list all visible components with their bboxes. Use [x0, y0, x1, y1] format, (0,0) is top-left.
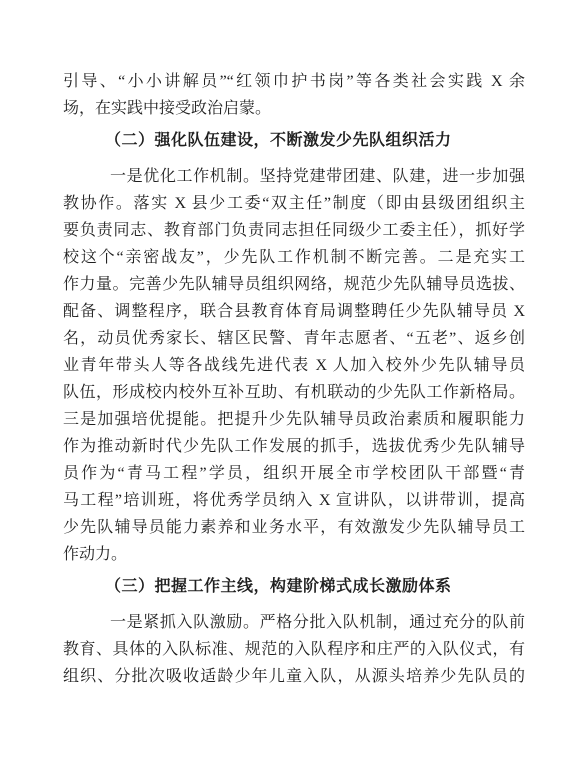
section-heading: （三）把握工作主线，构建阶梯式成长激励体系 [63, 573, 525, 600]
text-line: 作力量。完善少先队辅导员组织网络，规范少先队辅导员选拔、 [63, 271, 525, 298]
text-line: 场，在实践中接受政治启蒙。 [63, 95, 525, 122]
text-line: 少先队辅导员能力素养和业务水平，有效激发少先队辅导员工 [63, 514, 525, 541]
text-line: 作为推动新时代少先队工作发展的抓手，选拔优秀少先队辅导 [63, 433, 525, 460]
text-line: 引导、“小小讲解员”“红领巾护书岗”等各类社会实践 X 余 [63, 68, 525, 95]
text-line: 三是加强培优提能。把提升少先队辅导员政治素质和履职能力 [63, 406, 525, 433]
text-line: 配备、调整程序，联合县教育体育局调整聘任少先队辅导员 X [63, 298, 525, 325]
text-line: 队伍，形成校内校外互补互助、有机联动的少先队工作新格局。 [63, 379, 525, 406]
text-line: 业青年带头人等各战线先进代表 X 人加入校外少先队辅导员 [63, 352, 525, 379]
text-line: 一是优化工作机制。坚持党建带团建、队建，进一步加强团 [63, 163, 525, 190]
text-line: 校这个“亲密战友”，少先队工作机制不断完善。二是充实工 [63, 244, 525, 271]
text-line: 组织、分批次吸收适龄少年儿童入队，从源头培养少先队员的 [63, 663, 525, 690]
text-line: 名，动员优秀家长、辖区民警、青年志愿者、“五老”、返乡创 [63, 325, 525, 352]
text-line: 员作为“青马工程”学员，组织开展全市学校团队干部暨“青 [63, 460, 525, 487]
text-line: 作动力。 [63, 541, 525, 568]
document-body: 引导、“小小讲解员”“红领巾护书岗”等各类社会实践 X 余场，在实践中接受政治启… [63, 68, 525, 690]
document-page: 引导、“小小讲解员”“红领巾护书岗”等各类社会实践 X 余场，在实践中接受政治启… [0, 0, 586, 759]
section-heading: （二）强化队伍建设，不断激发少先队组织活力 [63, 127, 525, 154]
text-line: 教协作。落实 X 县少工委“双主任”制度（即由县级团组织主 [63, 190, 525, 217]
text-line: 一是紧抓入队激励。严格分批入队机制，通过充分的队前 [63, 609, 525, 636]
text-line: 教育、具体的入队标准、规范的入队程序和庄严的入队仪式，有 [63, 636, 525, 663]
text-line: 要负责同志、教育部门负责同志担任同级少工委主任），抓好学 [63, 217, 525, 244]
text-line: 马工程”培训班，将优秀学员纳入 X 宣讲队，以讲带训，提高 [63, 487, 525, 514]
